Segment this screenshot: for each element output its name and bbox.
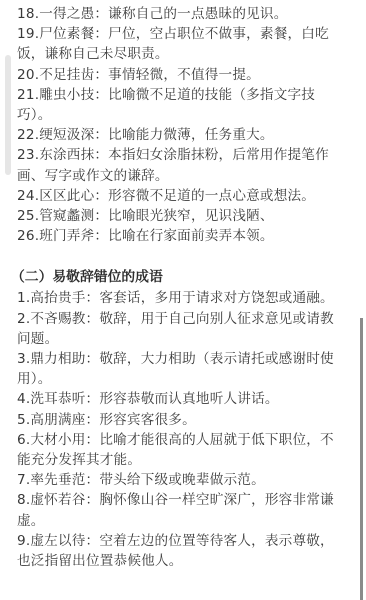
list-item: 21.雕虫小技：比喻微不足道的技能（多指文字技 bbox=[17, 85, 347, 105]
list-item: 3.鼎力相助：敬辞，大力相助（表示请托或感谢时使 bbox=[17, 349, 347, 369]
list-item: 20.不足挂齿：事情轻微，不值得一提。 bbox=[17, 65, 347, 85]
list-item: 饭，谦称自己未尽职责。 bbox=[17, 44, 347, 64]
list-item: 9.虚左以待：空着左边的位置等待客人，表示尊敬， bbox=[17, 531, 347, 551]
list-item: 画、写字或作文的谦辞。 bbox=[17, 166, 347, 186]
list-item: 6.大材小用：比喻才能很高的人屈就于低下职位，不 bbox=[17, 430, 347, 450]
section-heading: （二）易敬辞错位的成语 bbox=[11, 266, 347, 288]
list-item: 24.区区此心：形容微不足道的一点心意或想法。 bbox=[17, 186, 347, 206]
list-item: 问题。 bbox=[17, 329, 347, 349]
list-item: 4.洗耳恭听：形容恭敬而认真地听人讲话。 bbox=[17, 389, 347, 409]
list-item: 23.东涂西抹：本指妇女涂脂抹粉，后常用作提笔作 bbox=[17, 145, 347, 165]
list-item: 能充分发挥其才能。 bbox=[17, 450, 347, 470]
list-item: 也泛指留出位置恭候他人。 bbox=[17, 551, 347, 571]
list-item: 25.管窥蠡测：比喻眼光狭窄，见识浅陋、 bbox=[17, 206, 347, 226]
list-item: 7.率先垂范：带头给下级或晚辈做示范。 bbox=[17, 470, 347, 490]
list-item: 2.不吝赐教：敬辞，用于自己向别人征求意见或请教 bbox=[17, 309, 347, 329]
list-item: 1.高抬贵手：客套话，多用于请求对方饶恕或通融。 bbox=[17, 288, 347, 308]
list-item: 虚。 bbox=[17, 511, 347, 531]
list-item: 巧）。 bbox=[17, 105, 347, 125]
right-scrollbar[interactable] bbox=[360, 318, 363, 600]
section-humble-idioms: 18.一得之愚：谦称自己的一点愚昧的见识。 19.尸位素餐：尸位，空占职位不做事… bbox=[17, 4, 347, 246]
section-respectful-idioms: （二）易敬辞错位的成语 1.高抬贵手：客套话，多用于请求对方饶恕或通融。 2.不… bbox=[17, 266, 347, 571]
list-item: 用）。 bbox=[17, 369, 347, 389]
list-item: 18.一得之愚：谦称自己的一点愚昧的见识。 bbox=[17, 4, 347, 24]
list-item: 8.虚怀若谷：胸怀像山谷一样空旷深广，形容非常谦 bbox=[17, 490, 347, 510]
list-item: 5.高朋满座：形容宾客很多。 bbox=[17, 410, 347, 430]
list-item: 22.绠短汲深：比喻能力微薄，任务重大。 bbox=[17, 125, 347, 145]
list-item: 19.尸位素餐：尸位，空占职位不做事，素餐，白吃 bbox=[17, 24, 347, 44]
left-scroll-indicator bbox=[5, 55, 11, 175]
document-body: 18.一得之愚：谦称自己的一点愚昧的见识。 19.尸位素餐：尸位，空占职位不做事… bbox=[17, 4, 347, 571]
section-gap bbox=[17, 246, 347, 266]
list-item: 26.班门弄斧：比喻在行家面前卖弄本领。 bbox=[17, 226, 347, 246]
